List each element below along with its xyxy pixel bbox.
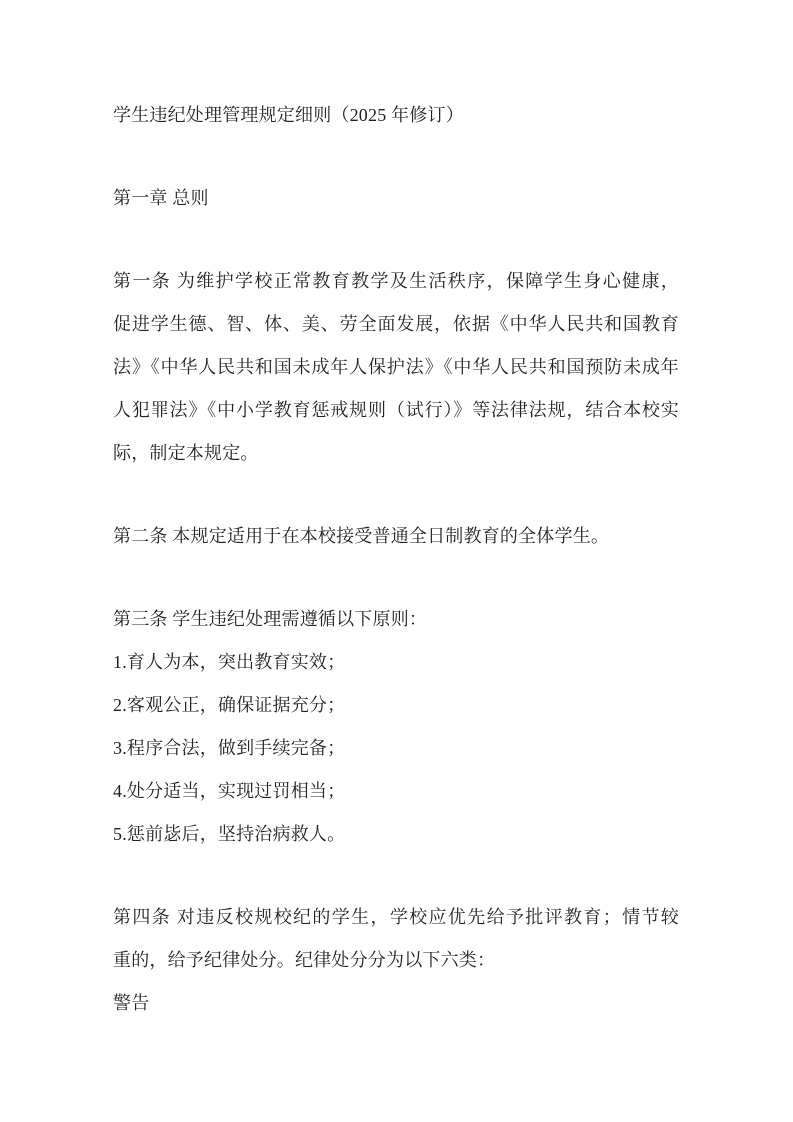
text-line: 第三条 学生违纪处理需遵循以下原则： — [113, 598, 679, 641]
text-line: 人犯罪法》《中小学教育惩戒规则（试行）》等法律法规，结合本校实 — [113, 389, 679, 432]
text-line: 际，制定本规定。 — [113, 432, 679, 475]
chapter-1-heading: 第一章 总则 — [113, 177, 679, 220]
article-3: 第三条 学生违纪处理需遵循以下原则：1.育人为本，突出教育实效；2.客观公正，确… — [113, 598, 679, 856]
article-4: 第四条 对违反校规校纪的学生，学校应优先给予批评教育；情节较重的，给予纪律处分。… — [113, 896, 679, 1025]
text-line: 1.育人为本，突出教育实效； — [113, 641, 679, 684]
text-line: 3.程序合法，做到手续完备； — [113, 727, 679, 770]
text-line: 4.处分适当，实现过罚相当； — [113, 770, 679, 813]
text-line: 5.惩前毖后，坚持治病救人。 — [113, 813, 679, 856]
text-line: 警告 — [113, 982, 679, 1025]
text-line: 重的，给予纪律处分。纪律处分分为以下六类： — [113, 939, 679, 982]
document-title: 学生违纪处理管理规定细则（2025 年修订） — [113, 94, 679, 137]
document-page: 学生违纪处理管理规定细则（2025 年修订）第一章 总则第一条 为维护学校正常教… — [0, 0, 793, 1122]
document-content: 学生违纪处理管理规定细则（2025 年修订）第一章 总则第一条 为维护学校正常教… — [113, 94, 679, 1025]
text-line: 法》《中华人民共和国未成年人保护法》《中华人民共和国预防未成年 — [113, 346, 679, 389]
text-line: 第二条 本规定适用于在本校接受普通全日制教育的全体学生。 — [113, 515, 679, 558]
text-line: 2.客观公正，确保证据充分； — [113, 684, 679, 727]
text-line: 学生违纪处理管理规定细则（2025 年修订） — [113, 94, 679, 137]
text-line: 第一章 总则 — [113, 177, 679, 220]
text-line: 第四条 对违反校规校纪的学生，学校应优先给予批评教育；情节较 — [113, 896, 679, 939]
article-1: 第一条 为维护学校正常教育教学及生活秩序，保障学生身心健康，促进学生德、智、体、… — [113, 260, 679, 475]
text-line: 促进学生德、智、体、美、劳全面发展，依据《中华人民共和国教育 — [113, 303, 679, 346]
article-2: 第二条 本规定适用于在本校接受普通全日制教育的全体学生。 — [113, 515, 679, 558]
text-line: 第一条 为维护学校正常教育教学及生活秩序，保障学生身心健康， — [113, 260, 679, 303]
